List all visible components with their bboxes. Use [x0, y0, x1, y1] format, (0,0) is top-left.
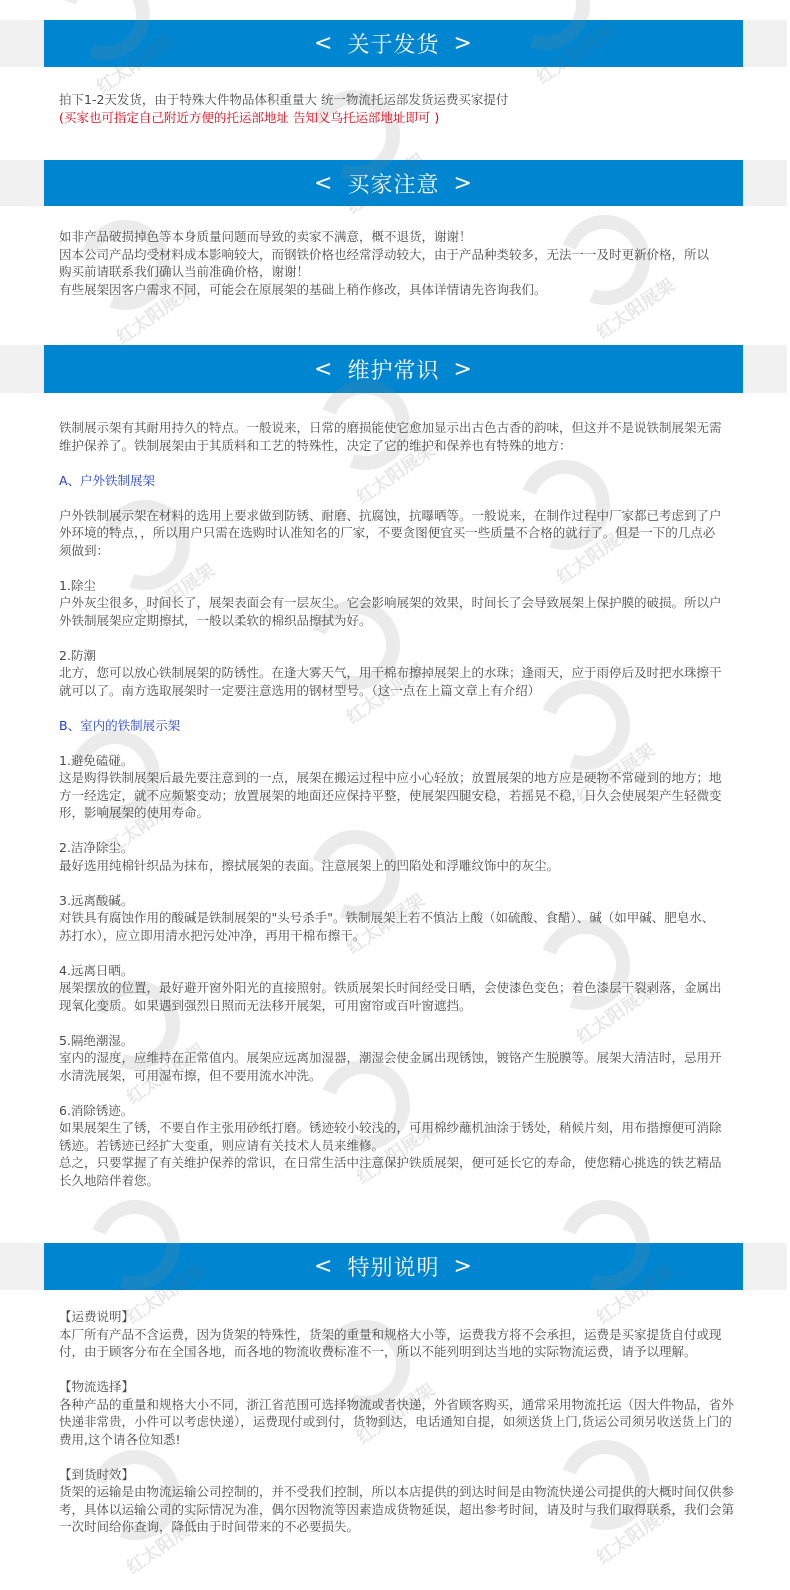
section-title: 特别说明	[347, 1251, 439, 1282]
chevron-left-icon: <	[314, 171, 333, 196]
chevron-left-icon: <	[314, 357, 333, 382]
section-header-special: < 特别说明 >	[44, 1243, 743, 1290]
item-title: 1.避免磕碰。	[59, 752, 724, 770]
chevron-right-icon: >	[454, 171, 473, 196]
special-content: 【运费说明】 本厂所有产品不含运费，因为货架的特殊性，货架的重量和规格大小等，运…	[59, 1308, 744, 1536]
section-header-buyer-notice: < 买家注意 >	[44, 160, 743, 206]
notice-line: 有些展架因客户需求不同，可能会在原展架的基础上稍作修改，具体详情请先咨询我们。	[59, 281, 714, 299]
section-header-band: < 维护常识 >	[0, 345, 787, 393]
shipping-line: 拍下1-2天发货，由于特殊大件物品体积重量大 统一物流托运部发货运费买家提付	[59, 91, 749, 109]
section-header-band: < 关于发货 >	[0, 20, 787, 67]
maintenance-content: 铁制展示架有其耐用持久的特点。一般说来，日常的磨损能使它愈加显示出古色古香的韵味…	[59, 419, 724, 1189]
item-body: 这是购得铁制展架后最先要注意到的一点，展架在搬运过程中应小心轻放；放置展架的地方…	[59, 769, 724, 822]
item-title: 4.远离日晒。	[59, 962, 724, 980]
section-header-band: < 特别说明 >	[0, 1243, 787, 1290]
maintenance-intro: 铁制展示架有其耐用持久的特点。一般说来，日常的磨损能使它愈加显示出古色古香的韵味…	[59, 419, 724, 454]
buyer-notice-content: 如非产品破损掉色等本身质量问题而导致的卖家不满意，概不退货，谢谢！ 因本公司产品…	[59, 228, 714, 298]
chevron-right-icon: >	[454, 1254, 473, 1279]
chevron-right-icon: >	[454, 357, 473, 382]
chevron-right-icon: >	[454, 31, 473, 56]
item-body: 室内的湿度，应维持在正常值内。展架应远离加湿器，潮湿会使金属出现锈蚀，镀铬产生脱…	[59, 1049, 724, 1084]
section-title: 买家注意	[347, 168, 439, 199]
shipping-content: 拍下1-2天发货，由于特殊大件物品体积重量大 统一物流托运部发货运费买家提付 (…	[59, 91, 749, 126]
shipping-note-red: (买家也可指定自己附近方便的托运部地址 告知义乌托运部地址即可 )	[59, 109, 749, 127]
item-body: 展架摆放的位置，最好避开窗外阳光的直接照射。铁质展架长时间经受日晒，会使漆色变色…	[59, 979, 724, 1014]
notice-line: 如非产品破损掉色等本身质量问题而导致的卖家不满意，概不退货，谢谢！	[59, 228, 714, 246]
item-body: 户外灰尘很多，时间长了，展架表面会有一层灰尘。它会影响展架的效果，时间长了会导致…	[59, 594, 724, 629]
chevron-left-icon: <	[314, 31, 333, 56]
section-title: 关于发货	[347, 28, 439, 59]
block-body: 本厂所有产品不含运费，因为货架的特殊性，货架的重量和规格大小等，运费我方将不会承…	[59, 1326, 744, 1361]
block-body: 各种产品的重量和规格大小不同，浙江省范围可选择物流或者快递，外省顾客购买，通常采…	[59, 1396, 744, 1449]
item-title: 2.洁净除尘。	[59, 839, 724, 857]
section-header-band: < 买家注意 >	[0, 160, 787, 206]
item-title: 6.消除锈迹。	[59, 1102, 724, 1120]
item-body: 如果展架生了锈，不要自作主张用砂纸打磨。锈迹较小较浅的，可用棉纱蘸机油涂于锈处，…	[59, 1119, 724, 1154]
maintenance-conclusion: 总之，只要掌握了有关维护保养的常识，在日常生活中注意保护铁质展架，便可延长它的寿…	[59, 1154, 724, 1189]
section-header-maintenance: < 维护常识 >	[44, 345, 743, 393]
section-title: 维护常识	[347, 354, 439, 385]
item-body: 对铁具有腐蚀作用的酸碱是铁制展架的"头号杀手"。铁制展架上若不慎沾上酸（如硫酸、…	[59, 909, 724, 944]
block-heading: 【到货时效】	[59, 1466, 744, 1484]
section-header-shipping: < 关于发货 >	[44, 20, 743, 67]
notice-line: 因本公司产品均受材料成本影响较大，而钢铁价格也经常浮动较大，由于产品种类较多，无…	[59, 246, 714, 281]
block-heading: 【运费说明】	[59, 1308, 744, 1326]
item-body: 北方，您可以放心铁制展架的防锈性。在逢大雾天气，用干棉布擦掉展架上的水珠；逢雨天…	[59, 664, 724, 699]
subheading-outdoor: A、户外铁制展架	[59, 472, 724, 490]
item-title: 5.隔绝潮湿。	[59, 1032, 724, 1050]
outdoor-intro: 户外铁制展示架在材料的选用上要求做到防锈、耐磨、抗腐蚀，抗曝晒等。一般说来，在制…	[59, 507, 724, 560]
chevron-left-icon: <	[314, 1254, 333, 1279]
block-body: 货架的运输是由物流运输公司控制的，并不受我们控制，所以本店提供的到达时间是由物流…	[59, 1483, 744, 1536]
block-heading: 【物流选择】	[59, 1378, 744, 1396]
subheading-indoor: B、室内的铁制展示架	[59, 717, 724, 735]
item-title: 1.除尘	[59, 577, 724, 595]
item-title: 2.防潮	[59, 647, 724, 665]
item-title: 3.远离酸碱。	[59, 892, 724, 910]
item-body: 最好选用纯棉针织品为抹布，擦拭展架的表面。注意展架上的凹陷处和浮雕纹饰中的灰尘。	[59, 857, 724, 875]
